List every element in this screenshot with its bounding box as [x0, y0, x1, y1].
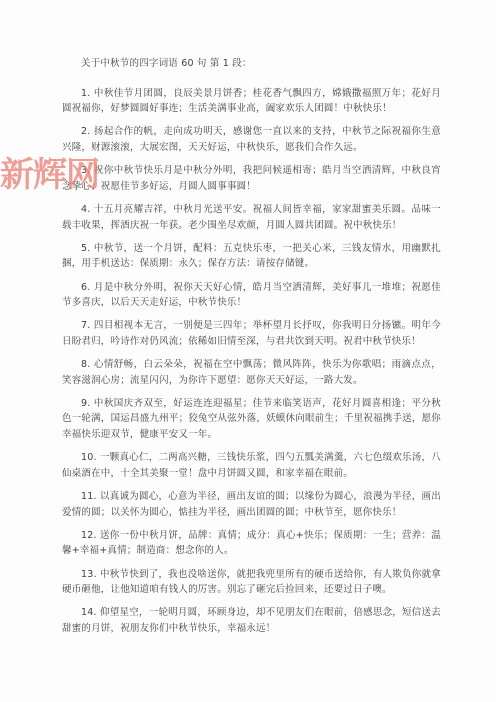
paragraph: 9. 中秋国庆齐双至，好运连连迎福星；佳节来临笑语声，花好月圆喜相逢；平分秋色一… [62, 396, 441, 443]
paragraph: 5. 中秋节，送一个月饼，配料：五克快乐枣，一把关心米，三钱友情水，用幽默扎捆，… [62, 241, 441, 272]
paragraph: 12. 送你一份中秋月饼，品牌：真情；成分：真心+快乐；保质期：一生；营养：温馨… [62, 528, 441, 559]
paragraph-list: 1. 中秋佳节月团圆，良辰美景月饼香；桂花香气飘四方，嫦娥撒福照万年；花好月圆祝… [62, 86, 441, 637]
document-content: 关于中秋节的四字词语 60 句 第 1 段： 1. 中秋佳节月团圆，良辰美景月饼… [62, 56, 441, 644]
paragraph: 2. 扬起合作的帆，走向成功明天，感谢您一直以来的支持，中秋节之际祝福你生意兴隆… [62, 124, 441, 155]
paragraph: 14. 仰望星空，一轮明月圆，环顾身边，却不见朋友们在眼前，倍感思念，短信送去甜… [62, 605, 441, 636]
paragraph: 3. 祝你中秋节快乐月是中秋分外明，我把问候遥相寄；皓月当空洒清辉，中秋良宵念挚… [62, 163, 441, 194]
paragraph: 1. 中秋佳节月团圆，良辰美景月饼香；桂花香气飘四方，嫦娥撒福照万年；花好月圆祝… [62, 86, 441, 117]
paragraph: 4. 十五月亮耀吉祥，中秋月光送平安。祝福人间皆幸福，家家甜蜜美乐圆。品味一载丰… [62, 202, 441, 233]
paragraph: 6. 月是中秋分外明，祝你天天好心情，皓月当空洒清辉，美好事儿一堆堆；祝愿佳节多… [62, 280, 441, 311]
document-title: 关于中秋节的四字词语 60 句 第 1 段： [62, 56, 441, 72]
paragraph: 8. 心情舒畅，白云朵朵，祝福在空中飘荡；微风阵阵，快乐为你歌唱；雨滴点点，笑容… [62, 357, 441, 388]
paragraph: 7. 四目相视本无言，一别便是三四年；举杯望月长抒叹，你我明日分扬镳。明年今日盼… [62, 318, 441, 349]
paragraph: 10. 一颗真心仁，二两高兴糖，三钱快乐浆，四勺五瓢美满羹，六七色缀欢乐汤，八仙… [62, 450, 441, 481]
paragraph: 13. 中秋节快到了，我也没啥送你，就把我兜里所有的硬币送给你，有人欺负你就拿硬… [62, 567, 441, 598]
paragraph: 11. 以真诚为圆心，心意为半径，画出友谊的圆；以缘份为圆心，浪漫为半径，画出爱… [62, 489, 441, 520]
document-page: 新辉网 关于中秋节的四字词语 60 句 第 1 段： 1. 中秋佳节月团圆，良辰… [0, 0, 496, 702]
